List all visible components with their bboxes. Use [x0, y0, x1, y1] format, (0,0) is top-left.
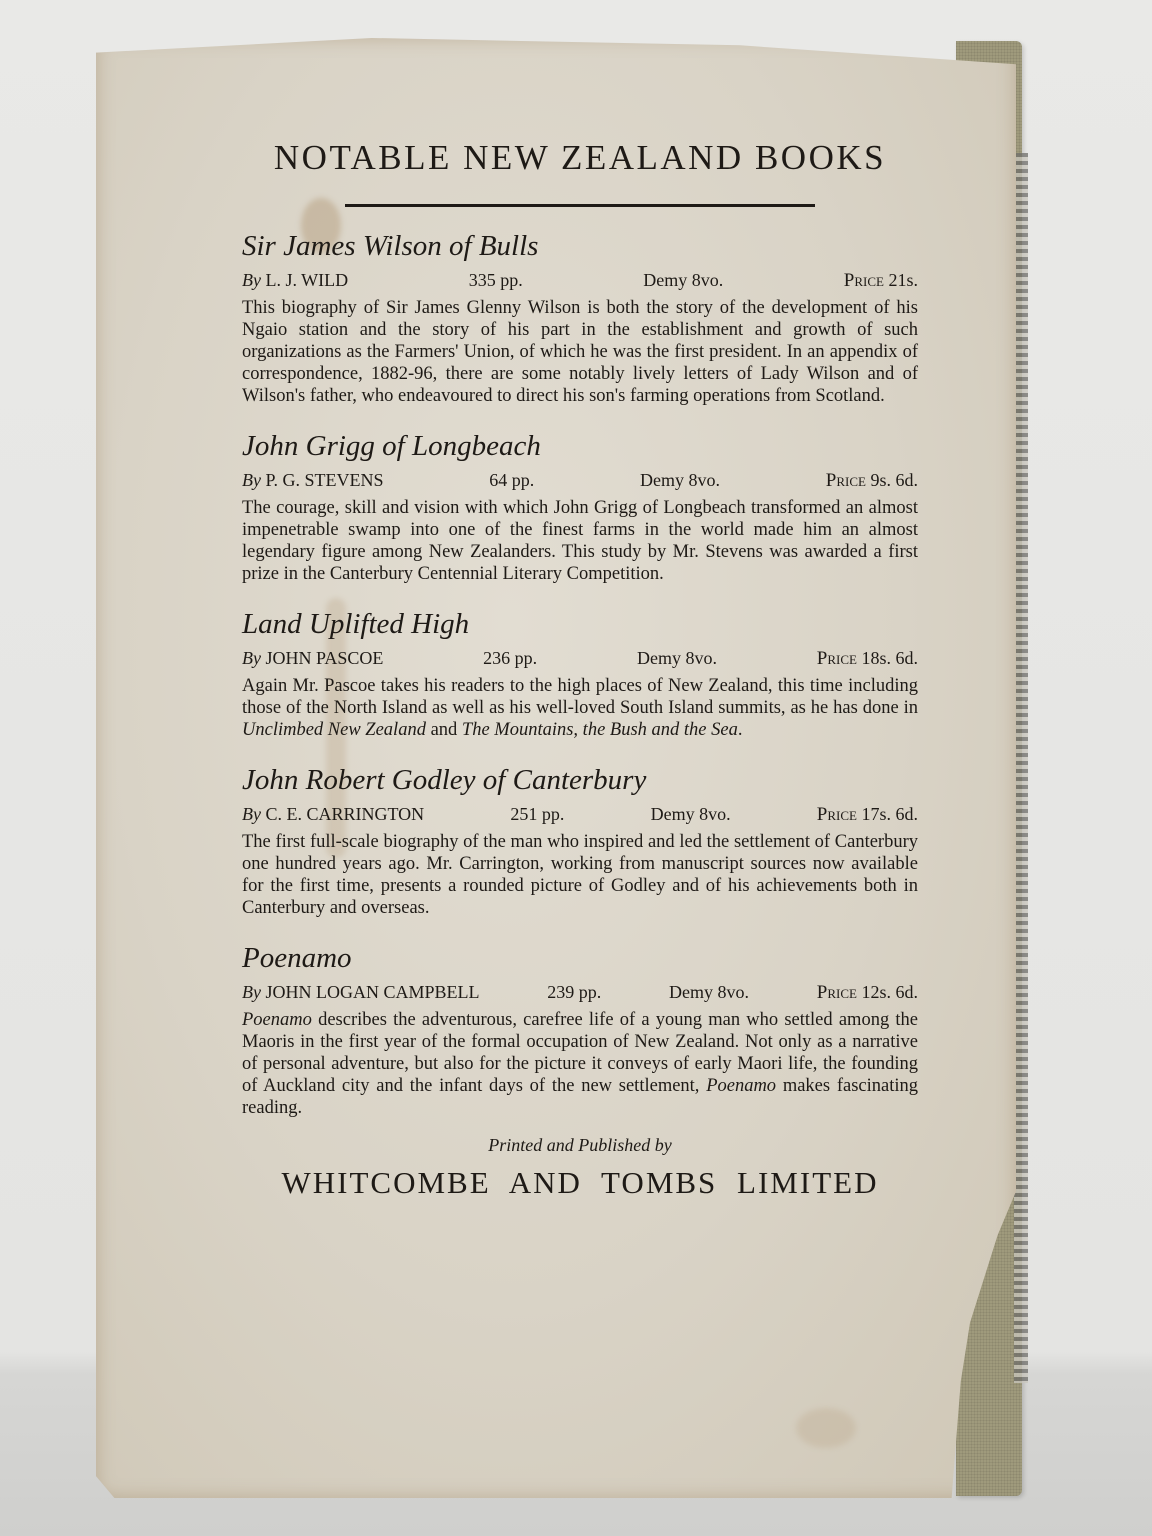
book-description: The courage, skill and vision with which… — [242, 497, 918, 585]
book-entry: Poenamo By JOHN LOGAN CAMPBELL 239 pp. D… — [242, 941, 918, 1119]
book-price: Price 17s. 6d. — [817, 801, 918, 828]
book-title: Sir James Wilson of Bulls — [242, 229, 918, 263]
by-label: By — [242, 470, 261, 490]
book-entry: Land Uplifted High By JOHN PASCOE 236 pp… — [242, 607, 918, 741]
book-description: The first full-scale biography of the ma… — [242, 831, 918, 919]
book-pages: 239 pp. — [547, 979, 601, 1006]
stain — [796, 1408, 856, 1448]
author-name: P. G. STEVENS — [265, 470, 383, 490]
book-format: Demy 8vo. — [651, 801, 731, 828]
book-author: By JOHN PASCOE — [242, 645, 383, 672]
price-label: Price — [826, 470, 866, 491]
price-label: Price — [817, 804, 857, 825]
book-pages: 251 pp. — [510, 801, 564, 828]
by-label: By — [242, 982, 261, 1002]
title-rule-divider — [345, 204, 815, 207]
price-label: Price — [844, 270, 884, 291]
book-entry: John Robert Godley of Canterbury By C. E… — [242, 763, 918, 919]
book-description: This biography of Sir James Glenny Wilso… — [242, 297, 918, 407]
book-format: Demy 8vo. — [669, 979, 749, 1006]
book-format: Demy 8vo. — [640, 467, 720, 494]
book-author: By JOHN LOGAN CAMPBELL — [242, 979, 480, 1006]
dust-jacket: NOTABLE NEW ZEALAND BOOKS Sir James Wils… — [96, 38, 1016, 1498]
price-value: 18s. 6d. — [861, 648, 918, 668]
book-author: By P. G. STEVENS — [242, 467, 384, 494]
book-meta: By JOHN PASCOE 236 pp. Demy 8vo. Price 1… — [242, 645, 918, 672]
printed-by-label: Printed and Published by — [242, 1133, 918, 1157]
book-meta: By L. J. WILD 335 pp. Demy 8vo. Price 21… — [242, 267, 918, 294]
price-label: Price — [817, 648, 857, 669]
publisher-name: WHITCOMBE AND TOMBS LIMITED — [242, 1163, 918, 1203]
price-label: Price — [817, 982, 857, 1003]
price-value: 17s. 6d. — [861, 804, 918, 824]
book-list-content: NOTABLE NEW ZEALAND BOOKS Sir James Wils… — [242, 138, 918, 1203]
desc-text: and — [426, 720, 462, 740]
author-name: JOHN LOGAN CAMPBELL — [265, 982, 479, 1002]
publisher-footer: Printed and Published by WHITCOMBE AND T… — [242, 1133, 918, 1203]
book-price: Price 9s. 6d. — [826, 467, 918, 494]
book-back-cover: NOTABLE NEW ZEALAND BOOKS Sir James Wils… — [96, 38, 1026, 1498]
book-title: John Robert Godley of Canterbury — [242, 763, 918, 797]
desc-italic-title: The Mountains, the Bush and the Sea — [462, 720, 738, 740]
by-label: By — [242, 648, 261, 668]
book-meta: By C. E. CARRINGTON 251 pp. Demy 8vo. Pr… — [242, 801, 918, 828]
desc-text: Again Mr. Pascoe takes his readers to th… — [242, 676, 918, 718]
book-entry: Sir James Wilson of Bulls By L. J. WILD … — [242, 229, 918, 407]
author-name: C. E. CARRINGTON — [265, 804, 424, 824]
spine-pattern-strip — [1014, 153, 1028, 1383]
book-format: Demy 8vo. — [643, 267, 723, 294]
book-meta: By JOHN LOGAN CAMPBELL 239 pp. Demy 8vo.… — [242, 979, 918, 1006]
book-title: Land Uplifted High — [242, 607, 918, 641]
book-price: Price 21s. — [844, 267, 918, 294]
desc-text: . — [738, 720, 743, 740]
book-description: Again Mr. Pascoe takes his readers to th… — [242, 675, 918, 741]
book-price: Price 18s. 6d. — [817, 645, 918, 672]
book-price: Price 12s. 6d. — [817, 979, 918, 1006]
book-title: John Grigg of Longbeach — [242, 429, 918, 463]
by-label: By — [242, 270, 261, 290]
book-meta: By P. G. STEVENS 64 pp. Demy 8vo. Price … — [242, 467, 918, 494]
book-author: By L. J. WILD — [242, 267, 348, 294]
price-value: 12s. 6d. — [861, 982, 918, 1002]
by-label: By — [242, 804, 261, 824]
book-author: By C. E. CARRINGTON — [242, 801, 424, 828]
desc-italic-title: Poenamo — [242, 1010, 312, 1030]
price-value: 21s. — [888, 270, 918, 290]
book-pages: 335 pp. — [469, 267, 523, 294]
desc-italic-title: Unclimbed New Zealand — [242, 720, 426, 740]
price-value: 9s. 6d. — [870, 470, 918, 490]
book-entry: John Grigg of Longbeach By P. G. STEVENS… — [242, 429, 918, 585]
page-title: NOTABLE NEW ZEALAND BOOKS — [242, 138, 918, 178]
book-format: Demy 8vo. — [637, 645, 717, 672]
desc-italic-title: Poenamo — [706, 1076, 776, 1096]
book-title: Poenamo — [242, 941, 918, 975]
book-description: Poenamo describes the adventurous, caref… — [242, 1009, 918, 1119]
author-name: L. J. WILD — [265, 270, 348, 290]
author-name: JOHN PASCOE — [265, 648, 383, 668]
book-pages: 236 pp. — [483, 645, 537, 672]
book-pages: 64 pp. — [489, 467, 534, 494]
